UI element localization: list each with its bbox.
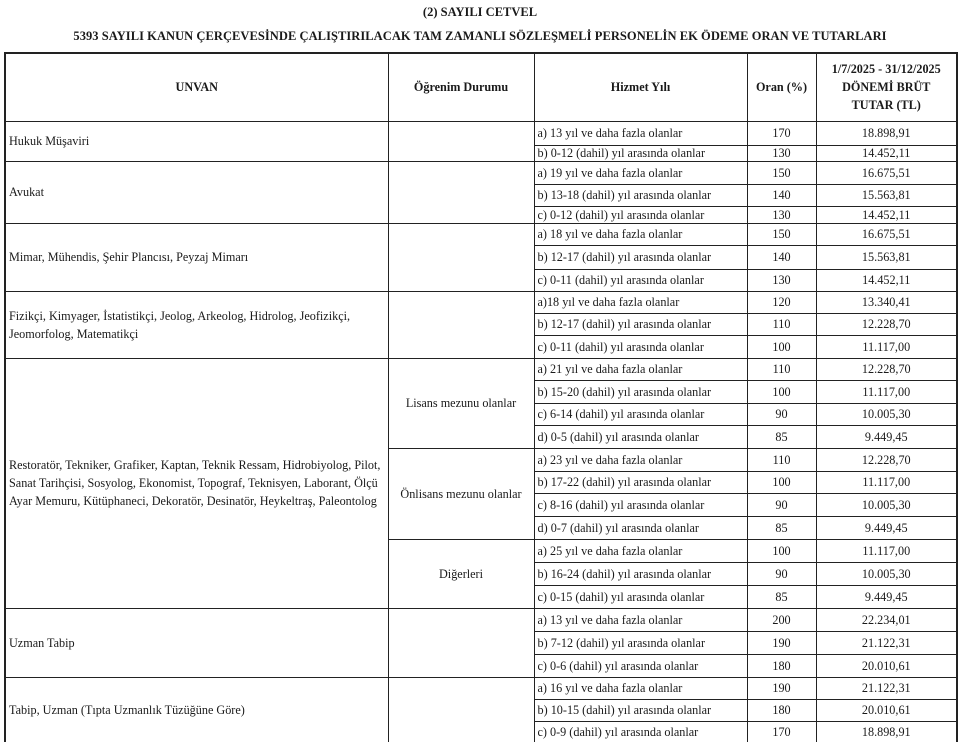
oran-cell: 90 xyxy=(747,562,816,585)
oran-cell: 110 xyxy=(747,313,816,335)
unvan-cell: Uzman Tabip xyxy=(5,608,388,677)
oran-cell: 130 xyxy=(747,145,816,161)
ogrenim-durumu-cell xyxy=(388,608,534,677)
table-row: Tabip, Uzman (Tıpta Uzmanlık Tüzüğüne Gö… xyxy=(5,677,957,699)
unvan-cell: Tabip, Uzman (Tıpta Uzmanlık Tüzüğüne Gö… xyxy=(5,677,388,742)
table-row: Restoratör, Tekniker, Grafiker, Kaptan, … xyxy=(5,358,957,380)
unvan-cell: Avukat xyxy=(5,161,388,223)
hizmet-yili-cell: c) 0-9 (dahil) yıl arasında olanlar xyxy=(534,721,747,742)
oran-cell: 130 xyxy=(747,269,816,291)
oran-cell: 90 xyxy=(747,493,816,516)
brut-tutar-cell: 12.228,70 xyxy=(816,358,957,380)
brut-tutar-cell: 18.898,91 xyxy=(816,721,957,742)
brut-tutar-cell: 14.452,11 xyxy=(816,269,957,291)
hizmet-yili-cell: a) 16 yıl ve daha fazla olanlar xyxy=(534,677,747,699)
hizmet-yili-cell: b) 7-12 (dahil) yıl arasında olanlar xyxy=(534,631,747,654)
oran-cell: 130 xyxy=(747,206,816,223)
table-row: Hukuk Müşaviria) 13 yıl ve daha fazla ol… xyxy=(5,121,957,145)
oran-cell: 170 xyxy=(747,121,816,145)
brut-tutar-cell: 11.117,00 xyxy=(816,471,957,493)
brut-tutar-cell: 9.449,45 xyxy=(816,585,957,608)
brut-tutar-cell: 12.228,70 xyxy=(816,448,957,471)
hizmet-yili-cell: b) 0-12 (dahil) yıl arasında olanlar xyxy=(534,145,747,161)
ogrenim-durumu-cell: Lisans mezunu olanlar xyxy=(388,358,534,448)
header-row: UNVAN Öğrenim Durumu Hizmet Yılı Oran (%… xyxy=(5,53,957,121)
header-ogrenim-durumu: Öğrenim Durumu xyxy=(388,53,534,121)
oran-cell: 140 xyxy=(747,245,816,269)
oran-cell: 120 xyxy=(747,291,816,313)
brut-tutar-cell: 21.122,31 xyxy=(816,631,957,654)
hizmet-yili-cell: b) 15-20 (dahil) yıl arasında olanlar xyxy=(534,380,747,403)
ogrenim-durumu-cell: Önlisans mezunu olanlar xyxy=(388,448,534,539)
oran-cell: 110 xyxy=(747,358,816,380)
brut-tutar-cell: 20.010,61 xyxy=(816,699,957,721)
oran-cell: 100 xyxy=(747,539,816,562)
brut-tutar-cell: 18.898,91 xyxy=(816,121,957,145)
hizmet-yili-cell: c) 6-14 (dahil) yıl arasında olanlar xyxy=(534,403,747,425)
oran-cell: 180 xyxy=(747,654,816,677)
oran-cell: 140 xyxy=(747,184,816,206)
ogrenim-durumu-cell xyxy=(388,121,534,161)
oran-cell: 90 xyxy=(747,403,816,425)
brut-tutar-cell: 14.452,11 xyxy=(816,145,957,161)
header-unvan: UNVAN xyxy=(5,53,388,121)
brut-tutar-cell: 20.010,61 xyxy=(816,654,957,677)
hizmet-yili-cell: c) 0-11 (dahil) yıl arasında olanlar xyxy=(534,269,747,291)
hizmet-yili-cell: c) 8-16 (dahil) yıl arasında olanlar xyxy=(534,493,747,516)
hizmet-yili-cell: a) 23 yıl ve daha fazla olanlar xyxy=(534,448,747,471)
header-tutar-donemi: DÖNEMİ BRÜT xyxy=(821,78,953,96)
brut-tutar-cell: 10.005,30 xyxy=(816,403,957,425)
unvan-cell: Hukuk Müşaviri xyxy=(5,121,388,161)
hizmet-yili-cell: a) 21 yıl ve daha fazla olanlar xyxy=(534,358,747,380)
hizmet-yili-cell: b) 12-17 (dahil) yıl arasında olanlar xyxy=(534,313,747,335)
brut-tutar-cell: 21.122,31 xyxy=(816,677,957,699)
header-brut-tutar: 1/7/2025 - 31/12/2025 DÖNEMİ BRÜT TUTAR … xyxy=(816,53,957,121)
brut-tutar-cell: 11.117,00 xyxy=(816,335,957,358)
brut-tutar-cell: 15.563,81 xyxy=(816,184,957,206)
brut-tutar-cell: 9.449,45 xyxy=(816,425,957,448)
table-body: Hukuk Müşaviria) 13 yıl ve daha fazla ol… xyxy=(5,121,957,742)
oran-cell: 180 xyxy=(747,699,816,721)
brut-tutar-cell: 16.675,51 xyxy=(816,223,957,245)
brut-tutar-cell: 22.234,01 xyxy=(816,608,957,631)
unvan-cell: Mimar, Mühendis, Şehir Plancısı, Peyzaj … xyxy=(5,223,388,291)
oran-cell: 190 xyxy=(747,631,816,654)
hizmet-yili-cell: c) 0-15 (dahil) yıl arasında olanlar xyxy=(534,585,747,608)
hizmet-yili-cell: b) 12-17 (dahil) yıl arasında olanlar xyxy=(534,245,747,269)
ogrenim-durumu-cell xyxy=(388,291,534,358)
hizmet-yili-cell: c) 0-6 (dahil) yıl arasında olanlar xyxy=(534,654,747,677)
brut-tutar-cell: 11.117,00 xyxy=(816,539,957,562)
header-tutar-tl: TUTAR (TL) xyxy=(821,96,953,114)
brut-tutar-cell: 15.563,81 xyxy=(816,245,957,269)
hizmet-yili-cell: b) 10-15 (dahil) yıl arasında olanlar xyxy=(534,699,747,721)
brut-tutar-cell: 10.005,30 xyxy=(816,493,957,516)
oran-cell: 150 xyxy=(747,161,816,184)
ek-odeme-table: UNVAN Öğrenim Durumu Hizmet Yılı Oran (%… xyxy=(4,52,958,742)
brut-tutar-cell: 14.452,11 xyxy=(816,206,957,223)
header-hizmet-yili: Hizmet Yılı xyxy=(534,53,747,121)
table-row: Uzman Tabipa) 13 yıl ve daha fazla olanl… xyxy=(5,608,957,631)
hizmet-yili-cell: c) 0-11 (dahil) yıl arasında olanlar xyxy=(534,335,747,358)
hizmet-yili-cell: c) 0-12 (dahil) yıl arasında olanlar xyxy=(534,206,747,223)
oran-cell: 110 xyxy=(747,448,816,471)
ogrenim-durumu-cell xyxy=(388,161,534,223)
oran-cell: 85 xyxy=(747,585,816,608)
document-title: (2) SAYILI CETVEL xyxy=(0,5,960,20)
hizmet-yili-cell: a) 13 yıl ve daha fazla olanlar xyxy=(534,121,747,145)
hizmet-yili-cell: b) 13-18 (dahil) yıl arasında olanlar xyxy=(534,184,747,206)
brut-tutar-cell: 10.005,30 xyxy=(816,562,957,585)
ogrenim-durumu-cell xyxy=(388,223,534,291)
header-oran: Oran (%) xyxy=(747,53,816,121)
oran-cell: 85 xyxy=(747,516,816,539)
brut-tutar-cell: 12.228,70 xyxy=(816,313,957,335)
oran-cell: 85 xyxy=(747,425,816,448)
brut-tutar-cell: 11.117,00 xyxy=(816,380,957,403)
header-tutar-period: 1/7/2025 - 31/12/2025 xyxy=(821,60,953,78)
document-subtitle: 5393 SAYILI KANUN ÇERÇEVESİNDE ÇALIŞTIRI… xyxy=(0,29,960,44)
oran-cell: 100 xyxy=(747,471,816,493)
hizmet-yili-cell: a) 25 yıl ve daha fazla olanlar xyxy=(534,539,747,562)
table-row: Fizikçi, Kimyager, İstatistikçi, Jeolog,… xyxy=(5,291,957,313)
table-row: Mimar, Mühendis, Şehir Plancısı, Peyzaj … xyxy=(5,223,957,245)
hizmet-yili-cell: a)18 yıl ve daha fazla olanlar xyxy=(534,291,747,313)
hizmet-yili-cell: a) 18 yıl ve daha fazla olanlar xyxy=(534,223,747,245)
oran-cell: 200 xyxy=(747,608,816,631)
table-row: Avukata) 19 yıl ve daha fazla olanlar150… xyxy=(5,161,957,184)
ogrenim-durumu-cell xyxy=(388,677,534,742)
brut-tutar-cell: 9.449,45 xyxy=(816,516,957,539)
brut-tutar-cell: 13.340,41 xyxy=(816,291,957,313)
hizmet-yili-cell: b) 16-24 (dahil) yıl arasında olanlar xyxy=(534,562,747,585)
oran-cell: 150 xyxy=(747,223,816,245)
oran-cell: 170 xyxy=(747,721,816,742)
oran-cell: 100 xyxy=(747,380,816,403)
hizmet-yili-cell: d) 0-7 (dahil) yıl arasında olanlar xyxy=(534,516,747,539)
hizmet-yili-cell: a) 19 yıl ve daha fazla olanlar xyxy=(534,161,747,184)
ogrenim-durumu-cell: Diğerleri xyxy=(388,539,534,608)
unvan-cell: Restoratör, Tekniker, Grafiker, Kaptan, … xyxy=(5,358,388,608)
hizmet-yili-cell: a) 13 yıl ve daha fazla olanlar xyxy=(534,608,747,631)
hizmet-yili-cell: d) 0-5 (dahil) yıl arasında olanlar xyxy=(534,425,747,448)
oran-cell: 190 xyxy=(747,677,816,699)
unvan-cell: Fizikçi, Kimyager, İstatistikçi, Jeolog,… xyxy=(5,291,388,358)
oran-cell: 100 xyxy=(747,335,816,358)
hizmet-yili-cell: b) 17-22 (dahil) yıl arasında olanlar xyxy=(534,471,747,493)
brut-tutar-cell: 16.675,51 xyxy=(816,161,957,184)
